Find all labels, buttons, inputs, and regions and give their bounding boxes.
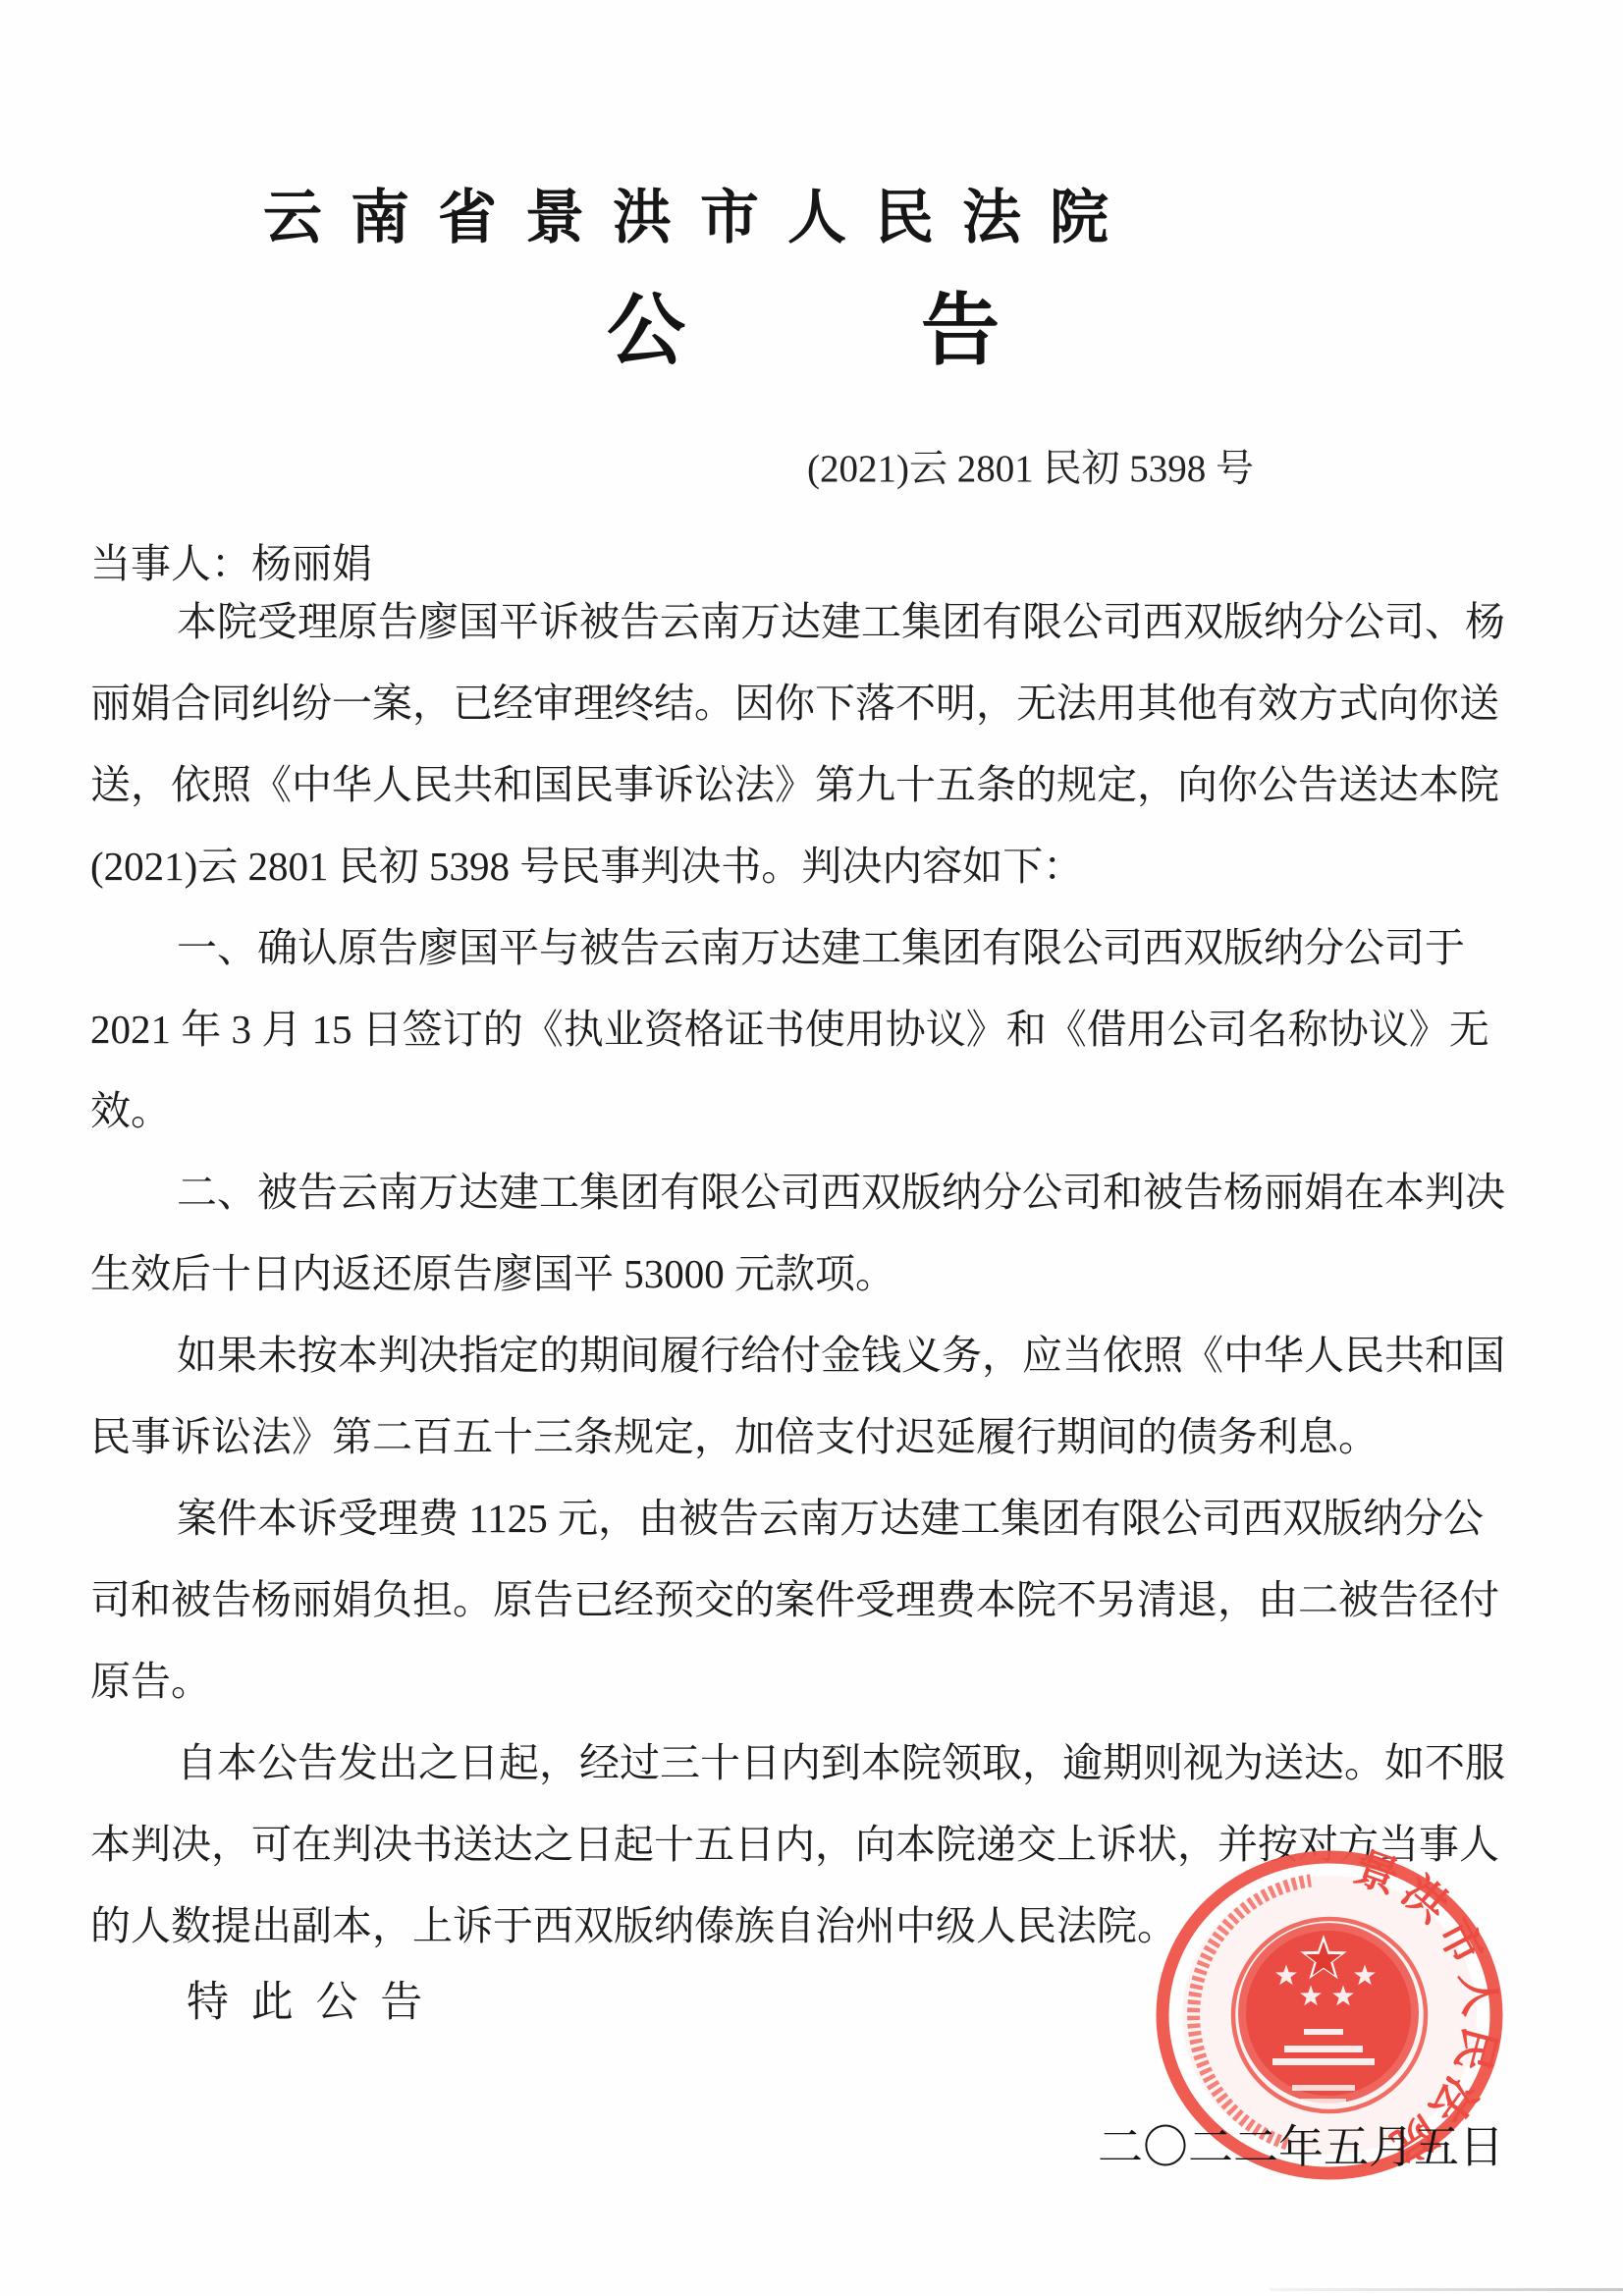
body-line: 民事诉讼法》第二百五十三条规定，加倍支付迟延履行期间的债务利息。 [90, 1412, 1505, 1494]
body-line: 送，依照《中华人民共和国民事诉讼法》第九十五条的规定，向你公告送达本院 [90, 760, 1505, 842]
body-line: (2021)云 2801 民初 5398 号民事判决书。判决内容如下： [90, 842, 1505, 923]
body-line: 原告。 [90, 1657, 1505, 1738]
case-number: (2021)云 2801 民初 5398 号 [807, 438, 1254, 493]
body-line: 丽娟合同纠纷一案，已经审理终结。因你下落不明，无法用其他有效方式向你送 [90, 679, 1505, 760]
body-line: 生效后十日内返还原告廖国平 53000 元款项。 [90, 1249, 1505, 1331]
document-page: 云南省景洪市人民法院 公 告 (2021)云 2801 民初 5398 号 当事… [0, 0, 1623, 2296]
body-text: 本院受理原告廖国平诉被告云南万达建工集团有限公司西双版纳分公司、杨丽娟合同纠纷一… [90, 597, 1505, 1983]
body-line: 二、被告云南万达建工集团有限公司西双版纳分公司和被告杨丽娟在本判决 [90, 1168, 1505, 1249]
doc-title: 公 告 [607, 267, 1000, 380]
body-line: 如果未按本判决指定的期间履行给付金钱义务，应当依照《中华人民共和国 [90, 1331, 1505, 1412]
body-line: 司和被告杨丽娟负担。原告已经预交的案件受理费本院不另清退，由二被告径付 [90, 1575, 1505, 1657]
body-line: 本院受理原告廖国平诉被告云南万达建工集团有限公司西双版纳分公司、杨 [90, 597, 1505, 679]
body-line: 2021 年 3 月 15 日签订的《执业资格证书使用协议》和《借用公司名称协议… [90, 1005, 1505, 1086]
court-name: 云南省景洪市人民法院 [263, 171, 1137, 255]
body-line: 一、确认原告廖国平与被告云南万达建工集团有限公司西双版纳分公司于 [90, 923, 1505, 1005]
date-line: 二〇二二年五月五日 [1098, 2111, 1504, 2176]
national-emblem-icon [1238, 1923, 1419, 2104]
scan-artifact-line [1270, 2288, 1623, 2291]
party-line: 当事人：杨丽娟 [90, 531, 372, 589]
body-line: 效。 [90, 1086, 1505, 1168]
closing-line: 特 此 公 告 [187, 1969, 428, 2029]
body-line: 自本公告发出之日起，经过三十日内到本院领取，逾期则视为送达。如不服 [90, 1738, 1505, 1820]
body-line: 案件本诉受理费 1125 元，由被告云南万达建工集团有限公司西双版纳分公 [90, 1494, 1505, 1575]
